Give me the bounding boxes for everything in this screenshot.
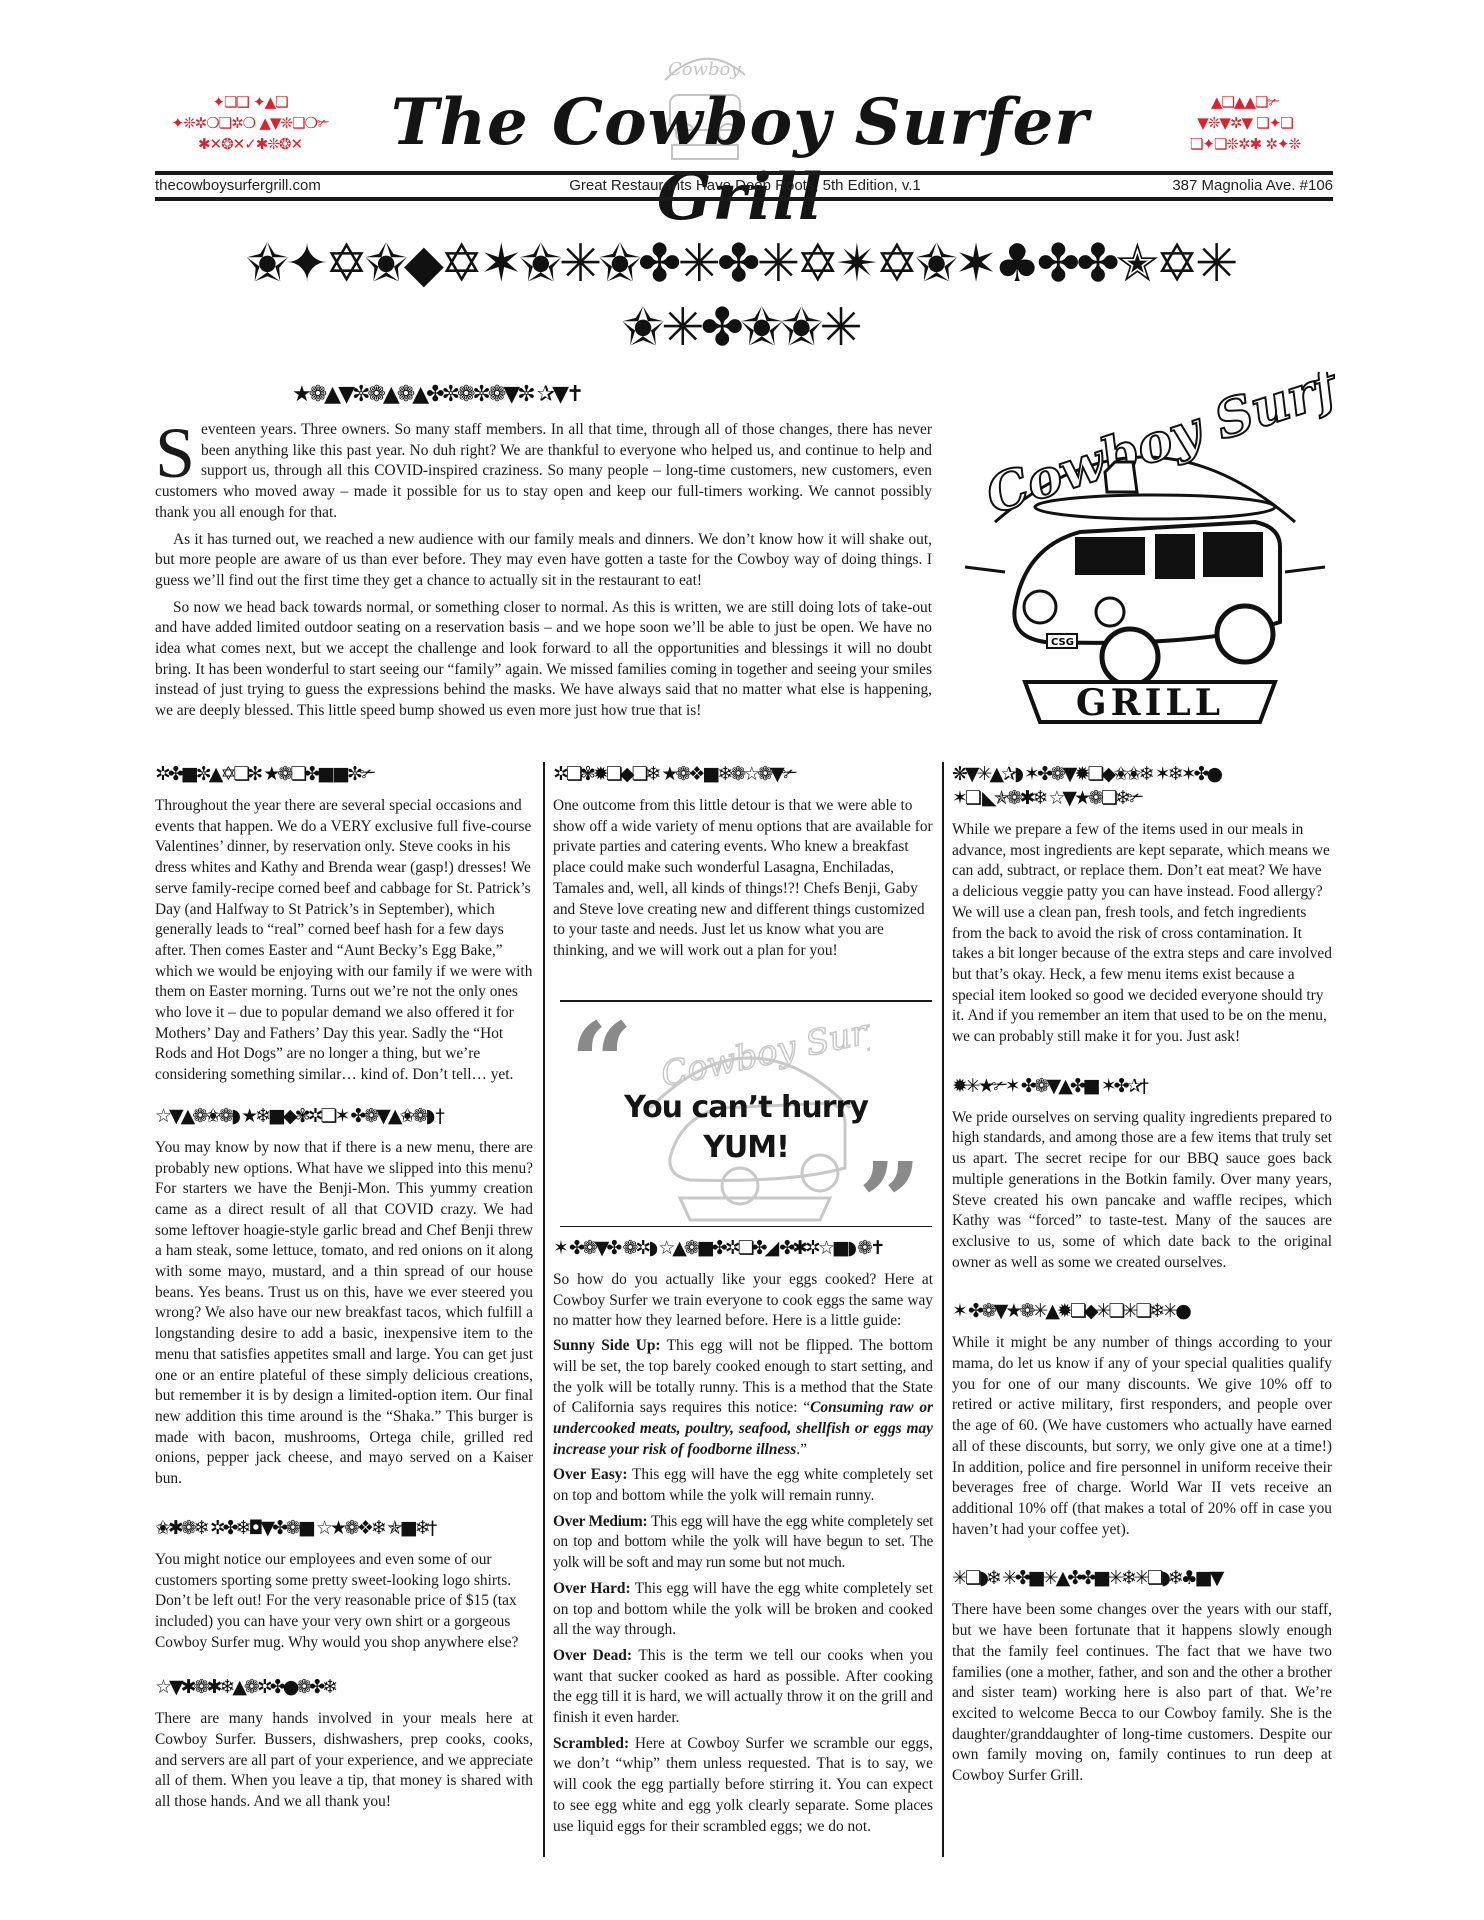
- website-link[interactable]: thecowboysurfergrill.com: [155, 177, 321, 194]
- edition-tagline: Great Restaurants Have Deep Roots, 5th E…: [555, 177, 935, 194]
- egg-style-label: Sunny Side Up:: [553, 1337, 661, 1354]
- masthead-rule-bottom: [155, 197, 1333, 201]
- egg-style-over-medium: Over Medium: This egg will have the egg …: [553, 1512, 933, 1574]
- egg-style-over-dead: Over Dead: This is the term we tell our …: [553, 1646, 933, 1729]
- masthead-right-line: ❏✦❏❊✲✱ ✲✦❊: [1160, 134, 1330, 155]
- section-body-catering: One outcome from this little detour is t…: [553, 796, 933, 962]
- section-body-new-menu-items: You may know by now that if there is a n…: [155, 1138, 533, 1490]
- svg-text:GRILL: GRILL: [1076, 682, 1224, 724]
- intro-p1-text: eventeen years. Three owners. So many st…: [155, 421, 932, 521]
- intro-paragraph-1: Seventeen years. Three owners. So many s…: [155, 420, 932, 524]
- egg-style-label: Over Dead:: [553, 1647, 632, 1664]
- egg-style-over-hard: Over Hard: This egg will have the egg wh…: [553, 1579, 933, 1641]
- pullquote: Cowboy Surfer “ You can’t hurry YUM! ”: [560, 1003, 932, 1225]
- section-heading-special-events: ✲✤■✼▲✡❏✻ ★❁❏✤■■✼✃: [155, 762, 533, 786]
- masthead-left-line: ✱✕❂✕✓✱❊❂✕: [150, 134, 350, 155]
- svg-text:Cowboy: Cowboy: [668, 59, 741, 80]
- intro-subhead: ★❁▲▼✼❁▲❁▲✤✼❁✼❁▼✼ ✰▼✝: [292, 382, 581, 407]
- right-column: ❋▼✳▲✰◗ ✶✤❁▼✹❏◆✬✬❄ ✶❄✶✤● ✶❏ ◣✯❁✱❄ ☆▼★❁❏❄✃…: [952, 762, 1332, 1787]
- egg-style-over-easy: Over Easy: This egg will have the egg wh…: [553, 1465, 933, 1506]
- masthead-left-block: ✦❏❑ ✦▲❏ ✦❊✲❍❏✲❍ ▲▼❊❏❍✃ ✱✕❂✕✓✱❊❂✕: [150, 92, 350, 155]
- section-body-tips: There are many hands involved in your me…: [155, 1709, 533, 1813]
- section-heading-catering: ✲❏✾✹❏◆❏❄ ★❁❖■❄❁☆❁▼✃: [553, 762, 933, 786]
- close-quote-icon: ”: [858, 1163, 921, 1225]
- section-heading-custom-orders-line-2: ✶❏ ◣✯❁✱❄ ☆▼★❁❏❄✃: [952, 786, 1332, 810]
- headline-line-2: ✬✳✤✬✬✳: [150, 296, 1330, 360]
- section-heading-new-menu-items: ☆▼▲❁✬❁◗ ★❄■◆✾✲❏✶ ✤❁▼▲✬❁◗ †: [155, 1104, 533, 1128]
- intro-paragraph-3: So now we head back towards normal, or s…: [155, 598, 932, 722]
- svg-text:CSG: CSG: [1051, 637, 1074, 648]
- cowboy-surfer-logo-icon: Cowboy Surfer CSG GRILL: [955, 372, 1335, 742]
- pullquote-line-1: You can’t hurry: [560, 1088, 932, 1128]
- section-body-merchandise: You might notice our employees and even …: [155, 1550, 533, 1654]
- masthead-title: The Cowboy Surfer Grill: [330, 85, 1150, 235]
- egg-style-sunny-side-up: Sunny Side Up: This egg will not be flip…: [553, 1336, 933, 1460]
- eggs-intro: So how do you actually like your eggs co…: [553, 1270, 933, 1332]
- eggs-section: ✶ ✤❁▼✤ ❁✲◗ ☆▲❁■✤✲❏✤◢ ✤✱✲☆■◗ ❁✝ So how do…: [553, 1236, 933, 1837]
- headline: ✬✦✡✬◆✡✶✬✳✬✤✳✤✳✡✴✡✬✶♣✤✤✭✡✳ ✬✳✤✬✬✳: [150, 232, 1330, 360]
- masthead-rule-top: [155, 171, 1333, 175]
- section-heading-eggs: ✶ ✤❁▼✤ ❁✲◗ ☆▲❁■✤✲❏✤◢ ✤✱✲☆■◗ ❁✝: [553, 1236, 933, 1260]
- masthead-right-line: ▲❏▲▲❏✃: [1160, 92, 1330, 113]
- egg-style-label: Over Medium:: [553, 1513, 647, 1530]
- middle-column: ✲❏✾✹❏◆❏❄ ★❁❖■❄❁☆❁▼✃ One outcome from thi…: [553, 762, 933, 962]
- intro-paragraph-2: As it has turned out, we reached a new a…: [155, 530, 932, 592]
- section-body-discounts: While it might be any number of things a…: [952, 1333, 1332, 1540]
- left-column: ✲✤■✼▲✡❏✻ ★❁❏✤■■✼✃ Throughout the year th…: [155, 762, 533, 1813]
- section-body-custom-orders: While we prepare a few of the items used…: [952, 820, 1332, 1048]
- section-body-special-events: Throughout the year there are several sp…: [155, 796, 533, 1086]
- section-body-signature-recipes: We pride ourselves on serving quality in…: [952, 1108, 1332, 1274]
- section-heading-discounts: ✶ ✤❁▼★❁✳▲✹❏◆✳❏✳❏❄✳●: [952, 1299, 1332, 1323]
- intro-article: Seventeen years. Three owners. So many s…: [155, 420, 932, 728]
- section-heading-signature-recipes: ✹✳★✃✶ ✤❁▼▲✤■ ✶✤✰†: [952, 1074, 1332, 1098]
- section-heading-custom-orders: ❋▼✳▲✰◗ ✶✤❁▼✹❏◆✬✬❄ ✶❄✶✤●: [952, 762, 1332, 786]
- egg-style-label: Scrambled:: [553, 1735, 629, 1752]
- egg-style-scrambled: Scrambled: Here at Cowboy Surfer we scra…: [553, 1734, 933, 1838]
- section-heading-merchandise: ✬✱❁❄ ✲✤❄◘▼✤❁■ ☆★❁❖❄ ✯■❄†: [155, 1516, 533, 1540]
- dropcap: S: [155, 424, 195, 482]
- masthead-left-line: ✦❊✲❍❏✲❍ ▲▼❊❏❍✃: [150, 113, 350, 134]
- pullquote-rule-top: [560, 1000, 932, 1002]
- pullquote-rule-bottom: [560, 1226, 932, 1227]
- column-divider-right: [942, 762, 944, 1857]
- address: 387 Magnolia Ave. #106: [1100, 177, 1333, 194]
- masthead-left-line: ✦❏❑ ✦▲❏: [150, 92, 350, 113]
- masthead-right-line: ▼❊▼✲▼ ❏✦❏: [1160, 113, 1330, 134]
- egg-style-label: Over Hard:: [553, 1580, 631, 1597]
- section-heading-tips: ☆▼✱❁✱❄▲❁✲✤●❁✤❄: [155, 1675, 533, 1699]
- headline-line-1: ✬✦✡✬◆✡✶✬✳✬✤✳✤✳✡✴✡✬✶♣✤✤✭✡✳: [150, 232, 1330, 296]
- egg-style-text-end: .”: [796, 1441, 807, 1458]
- egg-style-label: Over Easy:: [553, 1466, 628, 1483]
- section-heading-staff-family: ✳❏◗❄ ✳✤■✳▲✤✤■✳❄✳❏◗❄♣■▼: [952, 1566, 1332, 1590]
- masthead-right-block: ▲❏▲▲❏✃ ▼❊▼✲▼ ❏✦❏ ❏✦❏❊✲✱ ✲✦❊: [1160, 92, 1330, 155]
- column-divider-left: [543, 762, 545, 1857]
- section-body-staff-family: There have been some changes over the ye…: [952, 1600, 1332, 1786]
- svg-text:Cowboy Surfer: Cowboy Surfer: [658, 1008, 870, 1095]
